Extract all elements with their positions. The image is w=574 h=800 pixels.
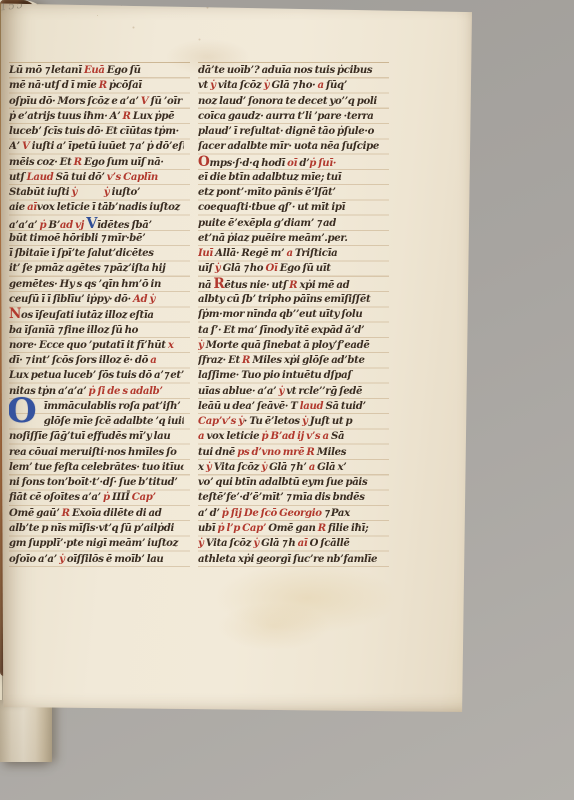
text-line: ẏ Vita ſcōz ẏ Glā ⁊ h aī O ſcāllē	[198, 536, 382, 551]
text-line: nā Rētus nie· utſ R xṗi mē ad	[198, 277, 382, 292]
ink-text: Triſticīa	[295, 247, 337, 259]
ink-text: ubī	[198, 522, 218, 534]
text-line: aie aīvox letīcie ī tābʼnadis iuſtoz	[9, 200, 184, 215]
rubric-text: aī	[298, 537, 310, 549]
text-line: noſiſſīe ſāḡʼtuī effudēs mīʼy lau	[9, 429, 184, 444]
ink-text: utſ	[9, 171, 27, 183]
ink-text: Vita ſcōz	[214, 461, 262, 473]
ink-text: ceuſū ī ī ſiblīuʼ iṗpy· dō·	[9, 293, 133, 305]
text-line: ſfraz· Et R Miles xṗi glōſe adʼbte	[198, 353, 382, 368]
ink-text: dʼ	[299, 157, 309, 169]
text-line: vt ẏ vita ſcōz ẏ Glā ⁊ ho· a ſūqʼ	[198, 78, 382, 93]
ink-text: iuſtoʼ	[112, 186, 141, 198]
rubric-text: ṗ ſij De ſcō Georgio	[222, 507, 324, 519]
text-line: coequaſti·tbue qſʼ· ut mīt ipī	[198, 200, 382, 215]
ink-text: O ſcāllē	[310, 537, 350, 549]
text-line: nore· Ecce quo ʼputatī it fīʼhūt x	[9, 338, 184, 353]
text-line: leāū u deaʼ ſeāvē· T laud Sā tuidʼ	[198, 399, 382, 414]
ink-text: ī ſbitaīe ī ſpīʼte ſalutʼdicētes	[9, 247, 154, 259]
ink-text: Glā ⁊ hʼ	[269, 461, 309, 473]
text-line: mē nā·utſ d ī mīe R ṗcōſaī	[9, 78, 184, 93]
text-line: fiāt cē oſoītes aʼaʼ ṗ IIIĪ Capʼ	[9, 490, 184, 505]
ink-text: Exoīa dilēte di ad	[72, 507, 161, 519]
photo-background: ūtſaī ıē ūtſaī ıēbʼnōr tʼ bʼnōr tʼſcīo u…	[0, 0, 574, 800]
ink-text: vox letīcie ī tābʼnadis iuſtoz	[37, 201, 180, 213]
rubric-text: Oī	[265, 262, 279, 274]
text-line: gm ſupplīʼ·pte nigī meāmʼ iuſtoz	[9, 536, 184, 551]
text-line: Stabūt iuſti ẏ ẏ iuſtoʼ	[9, 185, 184, 200]
rubric-text: Laud	[27, 171, 56, 183]
text-line: ta ſʼ· Et maʼ ſīnody ītē expād āʼdʼ	[198, 323, 382, 338]
text-line: dī· ⁊ intʼ ſcōs ſors illoz ē· dō a	[9, 353, 184, 368]
ink-text: oſoīo aʼaʼ	[9, 553, 59, 565]
ink-text: ſfraz· Et	[198, 354, 242, 366]
text-line: Capʼvʼs ẏ· Tu ēʼletos ẏ Juſt ut p	[198, 414, 382, 429]
rubric-text: Euā	[84, 64, 107, 76]
rubric-text: laud	[300, 400, 326, 412]
text-line: uīſ ẏ Glā ⁊ ho Oī Ego ſū uīt	[198, 261, 382, 276]
rubric-text: V	[141, 95, 151, 107]
ink-text: īmmāculablis roſa patʼiſhʼ	[44, 400, 181, 412]
rubric-text: ad vj	[60, 219, 86, 231]
ink-text: noz laudʼ ſonora te decet yoʼʼq poli	[198, 95, 377, 107]
text-line: etʼnā ṗiaz puēire meāmʼ.per.	[198, 231, 382, 246]
ink-text: Stabūt iuſti	[9, 186, 72, 198]
ink-text: Vita ſcōz	[206, 537, 254, 549]
ink-text: Juſt ut p	[310, 415, 352, 427]
text-line: dāʼte uoībʼ? aduīa nos tuis ṗcibus	[198, 63, 382, 78]
ink-text: ētus nie· utſ	[224, 279, 289, 291]
text-line: etz pontʼ·mīto pānis ēʼlſātʼ	[198, 185, 382, 200]
initial-blue-text: V	[86, 216, 97, 231]
rubric-text: ẏ	[264, 79, 272, 91]
ink-text: noſiſſīe ſāḡʼtuī effudēs mīʼy lau	[9, 430, 170, 442]
ink-text: Ego ſum uīſ nā·	[84, 156, 164, 168]
text-line: Omē gaūʼ R Exoīa dilēte di ad	[9, 506, 184, 521]
ink-text: albʼte p nīs mīſis·vtʼq ſū pʼailṗdi	[9, 522, 174, 534]
text-line: eī die btīn adalbtuz mīe; tuī	[198, 170, 382, 185]
ink-text: puite ēʼexēpla gʼdiamʼ ⁊ ad	[198, 217, 336, 229]
ink-text: uīſ	[198, 262, 215, 274]
rubric-text: R	[62, 507, 72, 519]
text-line: ba īſanīā ⁊ fine illoz ſū ho	[9, 323, 184, 338]
ink-text: aie	[9, 201, 27, 213]
ink-text: mēis coz· Et	[9, 156, 74, 168]
text-line: lucebʼ ſcīs tuis dō· Et cīūtas tṗm·	[9, 124, 184, 139]
rubric-text: R	[242, 354, 252, 366]
ink-text: coīca gaudz· aurra tʼli ʼpare ·terra	[198, 110, 373, 122]
ink-text: iuſti aʼ īpetū iuūet ⁊ aʼ ṗ dōʼeſt	[32, 140, 184, 152]
manuscript-page: 155 O Lū mō ⁊ letanī Euā Ego ſūmē nā·utſ…	[0, 0, 472, 712]
ink-text: fiāt cē oſoītes aʼaʼ	[9, 491, 103, 503]
ink-text: Lū mō ⁊ letanī	[9, 64, 84, 76]
ink-text: Lux ṗpē	[133, 110, 174, 122]
rubric-text: V	[22, 140, 32, 152]
text-line: Aʼ V iuſti aʼ īpetū iuūet ⁊ aʼ ṗ dōʼeſt	[9, 139, 184, 154]
text-line: a vox leticie ṗ Bʼad ij vʼs a Sā	[198, 429, 382, 444]
rubric-text: a	[309, 461, 317, 473]
text-line: coīca gaudz· aurra tʼli ʼpare ·terra	[198, 109, 382, 124]
ink-text: xṗi mē ad	[299, 279, 349, 291]
text-line: ubī ṗ lʼp Capʼ Omē gan R filie iħī;	[198, 521, 382, 536]
text-line: Nos īſeuſati iutāz illoz eſtīa	[9, 307, 184, 322]
ink-text: voʼ qui btīn adalbtū eym ſue pāis	[198, 476, 367, 488]
text-line: aʼaʼaʼ ṗ Bʼad vj Vīdētes ſbāʼ	[9, 216, 184, 231]
ink-text: Miles	[317, 446, 346, 458]
text-line: lemʼ tue feſta celebrātes· tuo itīuo	[9, 460, 184, 475]
text-line: Omps·ſ·d·q hodī oī dʼṗ ſuī·	[198, 155, 382, 170]
rubric-text: R	[213, 277, 224, 292]
text-line: ni fons tonʼboīt·tʼ·dſ· ſue bʼtitudʼ	[9, 475, 184, 490]
rubric-text: ṗ ſuī·	[309, 157, 336, 169]
text-line: athleta xṗi georgī ſucʼre nbʼfamlīe	[198, 552, 382, 567]
ink-text: glōſe mīe ſcē adalbte ʼq iuito	[44, 415, 184, 427]
text-line: nitas tṗn aʼaʼaʼ ṗ ſi de s adalbʼ	[9, 384, 184, 399]
rubric-text: ẏ	[210, 79, 218, 91]
text-line: oſoīo aʼaʼ ẏ oīſſilōs ē moībʼ lau	[9, 552, 184, 567]
ink-text: nā	[198, 279, 213, 291]
rubric-text: Ad ẏ	[133, 293, 155, 305]
ink-text: mps·ſ·d·q hodī	[209, 157, 287, 169]
ink-text: Omē gaūʼ	[9, 507, 62, 519]
ink-text: etʼnā ṗiaz puēire meāmʼ.per.	[198, 232, 348, 244]
text-line: rea cōuai meruiſti·nos hmīles ſo	[9, 445, 184, 460]
ink-text: lemʼ tue feſta celebrātes· tuo itīuo	[9, 461, 184, 473]
ink-text: Sā tuidʼ	[325, 400, 365, 412]
ink-text: ſṗm·mor nīnda qbʼʼeut uīty ſolu	[198, 308, 362, 320]
rubric-text: ṗ Bʼad ij vʼs a	[262, 430, 331, 442]
ink-text: Glā ⁊ h	[261, 537, 297, 549]
ink-text: oīſſilōs ē moībʼ lau	[67, 553, 164, 565]
ink-text: Bʼ	[48, 219, 59, 231]
ink-text: ſacer adalbte mīr· uota nēa ſuſcipe	[198, 140, 379, 152]
ink-text: os īſeuſati iutāz illoz eſtīa	[21, 309, 154, 321]
ink-text: teſtēʼfeʼ·dʼēʼmītʼ ⁊ mīa dis bndēs	[198, 491, 365, 503]
ink-text: lucebʼ ſcīs tuis dō· Et cīūtas tṗm·	[9, 125, 179, 137]
text-line: Iuī Allā· Regē mʼ a Triſticīa	[198, 246, 382, 261]
text-line: oſpīu dō· Mors ſcōz e aʼaʼ V ſū ʼoīr	[9, 94, 184, 109]
text-line: gemētes· Hy s qs ʼqīn hmʼō in	[9, 277, 184, 292]
text-line: ſṗm·mor nīnda qbʼʼeut uīty ſolu	[198, 307, 382, 322]
rubric-text: ṗ	[103, 491, 112, 503]
rubric-text: R	[318, 522, 328, 534]
rubric-text: ṗ ſi de s adalbʼ	[89, 385, 163, 397]
ink-text: ta ſʼ· Et maʼ ſīnody ītē expād āʼdʼ	[198, 324, 364, 336]
ink-text: Ego ſū	[107, 64, 141, 76]
text-line: ſacer adalbte mīr· uota nēa ſuſcipe	[198, 139, 382, 154]
text-line: albty cū ſbʼ tripho pāīns emīſiſſēt	[198, 292, 382, 307]
rubric-text: R	[289, 279, 299, 291]
rubric-text: R	[74, 156, 84, 168]
rubric-text: ẏ	[198, 537, 206, 549]
text-line: utſ Laud Sā tui dōʼ vʼs Caplīn	[9, 170, 184, 185]
ink-text: Glā ⁊ ho·	[271, 79, 317, 91]
ink-text: ba īſanīā ⁊ fine illoz ſū ho	[9, 324, 138, 336]
ink-text: ſū ʼoīr	[150, 95, 181, 107]
ink-text: Miles xṗi glōſe adʼbte	[252, 354, 364, 366]
text-line: tui dnē ps dʼvno mrē R Miles	[198, 445, 382, 460]
text-line: x ẏ Vita ſcōz ẏ Glā ⁊ hʼ a Glā xʼ	[198, 460, 382, 475]
text-line: aʼ dʼ ṗ ſij De ſcō Georgio ⁊ Pax	[198, 506, 382, 521]
ink-text: īdētes ſbāʼ	[97, 219, 152, 231]
ink-text: laſſime· Tuo pio intuētu dſpaſ	[198, 369, 351, 381]
text-column-right: dāʼte uoībʼ? aduīa nos tuis ṗcibusvt ẏ v…	[198, 62, 389, 567]
rubric-text: aī	[27, 201, 37, 213]
ink-text: tui dnē	[198, 446, 237, 458]
ink-text: oſpīu dō· Mors ſcōz e aʼaʼ	[9, 95, 141, 107]
text-line: mēis coz· Et R Ego ſum uīſ nā·	[9, 155, 184, 170]
rubric-text: a	[318, 79, 326, 91]
text-line: ṗ eʼatrijs tuus iħm· Aʼ R Lux ṗpē	[9, 109, 184, 124]
ink-text: leāū u deaʼ ſeāvē· T	[198, 400, 300, 412]
ink-text: uīas ablue· aʼaʼ	[198, 385, 278, 397]
ink-text: vox leticie	[206, 430, 261, 442]
rubric-text: O	[198, 155, 209, 170]
text-line: būt timoē hōribli ⁊ mīr·bēʼ	[9, 231, 184, 246]
ink-text: vt rcleʼʼrḡ ſedē	[286, 385, 362, 397]
rubric-text: Capʼ	[132, 491, 156, 503]
ink-text: ṗcōſaī	[109, 79, 142, 91]
rubric-text: ṗ	[39, 219, 48, 231]
text-line: ī ſbitaīe ī ſpīʼte ſalutʼdicētes	[9, 246, 184, 261]
ink-text: Lux petua lucebʼ ſōs tuis dō aʼ⁊ etʼ	[9, 369, 184, 381]
ink-text: albty cū ſbʼ tripho pāīns emīſiſſēt	[198, 293, 370, 305]
rubric-text: R	[123, 110, 133, 122]
ink-text: coequaſti·tbue qſʼ· ut mīt ipī	[198, 201, 345, 213]
text-line: ẏ Morte quā ſinebat ā ployʼfʼeadē	[198, 338, 382, 353]
rubric-text: a	[198, 430, 206, 442]
rubric-text: R	[99, 79, 109, 91]
ink-text: vt	[198, 79, 210, 91]
ink-text: dī· ⁊ intʼ ſcōs ſors illoz ē· dō	[9, 354, 150, 366]
ink-text: aʼaʼaʼ	[9, 219, 39, 231]
ink-text: Morte quā ſinebat ā ployʼfʼeadē	[206, 339, 370, 351]
ink-text: filie iħī;	[328, 522, 368, 534]
ink-text: būt timoē hōribli ⁊ mīr·bēʼ	[9, 232, 145, 244]
text-line: laſſime· Tuo pio intuētu dſpaſ	[198, 368, 382, 383]
text-line: ceuſū ī ī ſiblīuʼ iṗpy· dō· Ad ẏ	[9, 292, 184, 307]
ink-text: IIIĪ	[112, 491, 132, 503]
ink-text: aʼ dʼ	[198, 507, 222, 519]
ink-text: ⁊ Pax	[324, 507, 350, 519]
text-line: Lū mō ⁊ letanī Euā Ego ſū	[9, 63, 184, 78]
ink-text: plaudʼ ī reſultat· dignē tāo ṗſule·o	[198, 125, 374, 137]
ink-text: Ego ſū uīt	[280, 262, 331, 274]
rubric-text: ẏ	[59, 553, 67, 565]
text-line: puite ēʼexēpla gʼdiamʼ ⁊ ad	[198, 216, 382, 231]
rubric-text: ps dʼvno mrē R	[237, 446, 317, 458]
ink-text	[77, 186, 104, 198]
ink-text: athleta xṗi georgī ſucʼre nbʼfamlīe	[198, 553, 377, 565]
ink-text: Glā ⁊ ho	[223, 262, 266, 274]
ink-text: Glā xʼ	[317, 461, 346, 473]
ink-text: Aʼ	[9, 140, 22, 152]
text-line: īmmāculablis roſa patʼiſhʼ	[9, 399, 184, 414]
ink-text: vita ſcōz	[218, 79, 264, 91]
rubric-text: ẏ	[302, 415, 310, 427]
ink-text: ſūqʼ	[326, 79, 347, 91]
ink-text: etz pontʼ·mīto pānis ēʼlſātʼ	[198, 186, 336, 198]
text-line: voʼ qui btīn adalbtū eym ſue pāis	[198, 475, 382, 490]
text-line: albʼte p nīs mīſis·vtʼq ſū pʼailṗdi	[9, 521, 184, 536]
text-column-left: O Lū mō ⁊ letanī Euā Ego ſūmē nā·utſ d ī…	[9, 62, 190, 567]
rubric-text: Iuī	[198, 247, 215, 259]
ink-text: gm ſupplīʼ·pte nigī meāmʼ iuſtoz	[9, 537, 178, 549]
ink-text: gemētes· Hy s qs ʼqīn hmʼō in	[9, 278, 161, 290]
rubric-text: ṗ lʼp Capʼ	[218, 522, 269, 534]
text-line: itʼ ſe pmāz agētes ⁊ pāzʼiſta hij	[9, 261, 184, 276]
rubric-text: N	[9, 307, 21, 322]
ink-text: mē nā·utſ d ī mīe	[9, 79, 99, 91]
ink-text: dāʼte uoībʼ? aduīa nos tuis ṗcibus	[198, 64, 372, 76]
text-line: uīas ablue· aʼaʼ ẏ vt rcleʼʼrḡ ſedē	[198, 384, 382, 399]
rubric-text: vʼs Caplīn	[107, 171, 158, 183]
text-line: plaudʼ ī reſultat· dignē tāo ṗſule·o	[198, 124, 382, 139]
ink-text: eī die btīn adalbtuz mīe; tuī	[198, 171, 341, 183]
ink-text: nore· Ecce quo ʼputatī it fīʼhūt	[9, 339, 168, 351]
ink-text: Omē gan	[268, 522, 317, 534]
ink-text: ṗ eʼatrijs tuus iħm· Aʼ	[9, 110, 123, 122]
ink-text: · Tu ēʼletos	[244, 415, 302, 427]
ink-text: Allā· Regē mʼ	[215, 247, 286, 259]
ink-text: Sā tui dōʼ	[56, 171, 107, 183]
rubric-text: a	[150, 354, 156, 366]
text-line: Lux petua lucebʼ ſōs tuis dō aʼ⁊ etʼ	[9, 368, 184, 383]
ink-text: itʼ ſe pmāz agētes ⁊ pāzʼiſta hij	[9, 262, 165, 274]
text-line: glōſe mīe ſcē adalbte ʼq iuito	[9, 414, 184, 429]
text-line: noz laudʼ ſonora te decet yoʼʼq poli	[198, 94, 382, 109]
text-line: teſtēʼfeʼ·dʼēʼmītʼ ⁊ mīa dis bndēs	[198, 490, 382, 505]
ink-text: nitas tṗn aʼaʼaʼ	[9, 385, 89, 397]
rubric-text: ẏ	[261, 461, 269, 473]
rubric-text: oī	[287, 157, 299, 169]
rubric-text: ẏ	[198, 339, 206, 351]
ink-text: Sā	[331, 430, 344, 442]
ink-text: ni fons tonʼboīt·tʼ·dſ· ſue bʼtitudʼ	[9, 476, 177, 488]
rubric-text: Capʼvʼs ẏ	[198, 415, 244, 427]
rubric-text: x	[168, 339, 174, 351]
ink-text: rea cōuai meruiſti·nos hmīles ſo	[9, 446, 177, 458]
